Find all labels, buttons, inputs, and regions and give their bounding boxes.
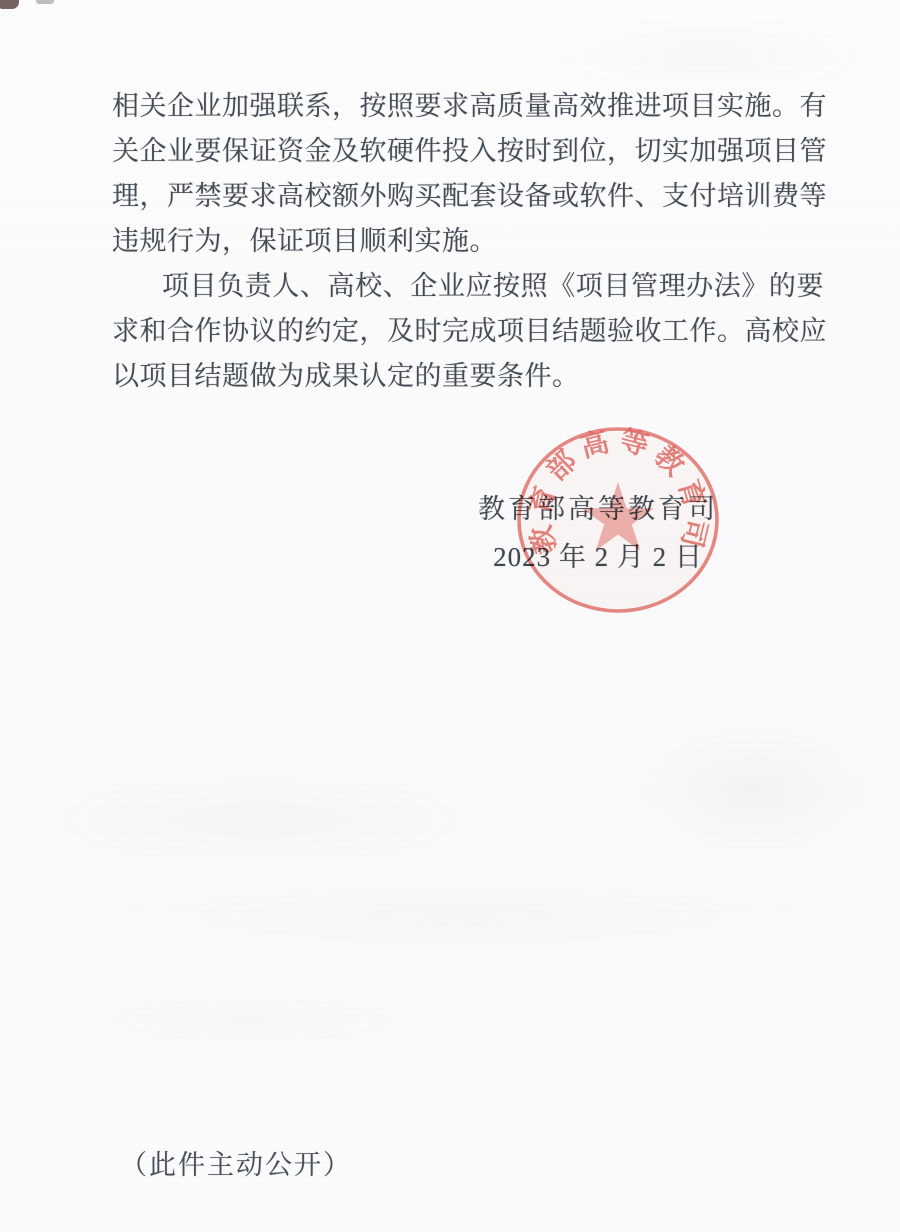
scan-artifact-mark: [36, 0, 54, 4]
signature-date: 2023 年 2 月 2 日: [447, 542, 749, 572]
scan-bleedthrough-smudge: [50, 775, 470, 865]
document-body: 相关企业加强联系，按照要求高质量高效推进项目实施。有 关企业要保证资金及软硬件投…: [112, 84, 824, 399]
scan-bleedthrough-smudge: [120, 880, 800, 950]
body-line: 关企业要保证资金及软硬件投入按时到位，切实加强项目管: [112, 129, 824, 174]
signature-block: 教育部高等教育司 2023 年 2 月 2 日: [447, 494, 749, 572]
body-line: 求和合作协议的约定，及时完成项目结题验收工作。高校应: [112, 309, 824, 354]
scan-artifact-corner-mark: [0, 0, 19, 9]
scanned-document-page: 相关企业加强联系，按照要求高质量高效推进项目实施。有 关企业要保证资金及软硬件投…: [0, 0, 900, 1232]
body-line: 违规行为，保证项目顺利实施。: [112, 219, 824, 264]
scan-bleedthrough-smudge: [60, 990, 440, 1050]
body-line: 相关企业加强联系，按照要求高质量高效推进项目实施。有: [112, 84, 824, 129]
body-line: 理，严禁要求高校额外购买配套设备或软件、支付培训费等: [112, 174, 824, 219]
signing-department: 教育部高等教育司: [447, 494, 749, 524]
scan-bleedthrough-smudge: [640, 730, 870, 850]
body-line: 以项目结题做为成果认定的重要条件。: [112, 354, 824, 399]
disclosure-note: （此件主动公开）: [120, 1143, 352, 1182]
body-line: 项目负责人、高校、企业应按照《项目管理办法》的要: [112, 264, 824, 309]
scan-bleedthrough-smudge: [560, 20, 860, 90]
